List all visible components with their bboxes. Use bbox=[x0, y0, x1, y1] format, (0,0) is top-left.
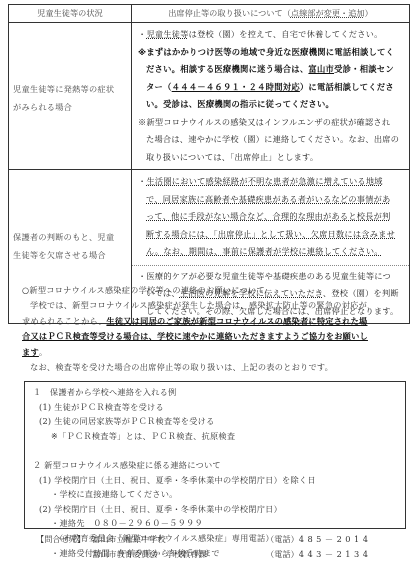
notice-emphasis: ます bbox=[22, 347, 39, 357]
contact-label: 【問合せ先】 bbox=[36, 532, 85, 547]
notice-title: ○新型コロナウイルス感染症の学校等への連絡のお願いについて bbox=[22, 283, 412, 298]
changed-text: 生活圏において感染経路が不明な患者が急激に増えている地域 bbox=[146, 176, 382, 186]
bullet2-text: 医療的ケアが必要な児童生徒等や基礎疾患のある児童生徒等につ bbox=[146, 271, 391, 281]
situation-line: 保護者の判断のもと、児童 bbox=[13, 229, 131, 247]
bullet-text: は登校（園）を控えて、自宅で休養してください。 bbox=[189, 29, 383, 39]
table-row: 児童生徒等に発熱等の症状 がみられる場合 ・児童生徒等は登校（園）を控えて、自宅… bbox=[9, 23, 410, 170]
section2-item-label: (1) 学校閉庁日（土日、祝日、夏季・冬季休業中の学校閉庁日）を除く日 bbox=[33, 473, 405, 488]
notice-paragraph-line: 学校では、新型コロナウイルス感染症が発生した場合は、感染拡大防止等の緊急の対応が bbox=[22, 298, 412, 313]
bullet1-line: ん。なお、期間は、事前に保護者が学校に連絡してください。 bbox=[138, 243, 405, 261]
header-changed-note: 点線部が変更・追加 bbox=[291, 8, 365, 18]
bold-note-text: ださい。相談する医療機関に迷う場合は、 bbox=[146, 64, 308, 74]
contact-row: 富山市教育委員会 学校教育課 （電話）443－2134 bbox=[36, 547, 406, 562]
bold-note-line: ター（４４４－４６９１・２４時間対応）に電話相談してくださ bbox=[138, 79, 405, 97]
bullet1-line: って、他に手段がない場合など、合理的な理由があると校長が判 bbox=[138, 208, 405, 226]
tel-label: （電話） bbox=[266, 534, 299, 544]
contact-tel: （電話）485－2014 bbox=[266, 532, 371, 547]
bullet1-line: ・生活圏において感染経路が不明な患者が急激に増えている地域 bbox=[138, 173, 405, 191]
handling-cell-fever: ・児童生徒等は登校（園）を控えて、自宅で休養してください。 ※まずはかかりつけ医… bbox=[132, 23, 410, 170]
note-line: た場合は、速やかに学校（園）に連絡してください。なお、出席の bbox=[138, 131, 405, 149]
bullet-divider bbox=[132, 265, 409, 266]
bold-note-line: ※まずはかかりつけ医等の地域で身近な医療機関に電話相談してく bbox=[138, 44, 405, 62]
notice-paragraph-line: なお、検査等を受けた場合の出席停止等の取り扱いは、上記の表のとおりです。 bbox=[22, 360, 412, 375]
section1-item: (2) 生徒の同居家族等がＰＣＲ検査等を受ける bbox=[33, 414, 405, 429]
notice-paragraph-line: ます。 bbox=[22, 345, 412, 360]
notice-emphasis: 合又はＰＣＲ検査等受ける場合は、学校に速やかに連絡いただきますようご協力をお願い… bbox=[22, 331, 368, 341]
header-handling-suffix: ） bbox=[365, 8, 373, 18]
attendance-table: 児童生徒等の状況 出席停止等の取り扱いについて（点線部が変更・追加） 児童生徒等… bbox=[8, 4, 410, 324]
section2-title: ２ 新型コロナウイルス感染症に係る連絡について bbox=[33, 458, 405, 473]
contact-info-box: １ 保護者から学校へ連絡を入れる例 (1) 生徒がＰＣＲ検査等を受ける (2) … bbox=[24, 381, 406, 529]
city-name: 富山市 bbox=[308, 64, 334, 74]
note-line: 取り扱いについては、「出席停止」とします。 bbox=[138, 149, 405, 167]
inquiry-contacts: 【問合せ先】 富山市立楡原中学校 （電話）485－2014 富山市教育委員会 学… bbox=[36, 532, 406, 562]
contact-org: 富山市教育委員会 学校教育課 bbox=[92, 547, 207, 562]
situation-cell-fever: 児童生徒等に発熱等の症状 がみられる場合 bbox=[9, 23, 132, 170]
situation-line: がみられる場合 bbox=[13, 99, 131, 117]
bold-note-text: ター（ bbox=[146, 82, 172, 92]
notice-text: 。 bbox=[39, 347, 47, 357]
notice-paragraph-line: 合又はＰＣＲ検査等受ける場合は、学校に速やかに連絡いただきますようご協力をお願い… bbox=[22, 329, 412, 344]
tel-label: （電話） bbox=[266, 549, 299, 559]
emergency-phone: ・連絡先 ０８０－２９６０－５９９９ bbox=[33, 516, 405, 531]
header-handling: 出席停止等の取り扱いについて（点線部が変更・追加） bbox=[132, 5, 410, 23]
bold-note-line: ださい。相談する医療機関に迷う場合は、富山市受診・相談セン bbox=[138, 61, 405, 79]
contact-row: 【問合せ先】 富山市立楡原中学校 （電話）485－2014 bbox=[36, 532, 406, 547]
situation-line: 生徒等を欠席させる場合 bbox=[13, 247, 131, 265]
changed-text: 児童生徒等 bbox=[146, 29, 188, 39]
consultation-phone: ４４４－４６９１・２４時間対応 bbox=[172, 82, 300, 92]
header-situation: 児童生徒等の状況 bbox=[9, 5, 132, 23]
bold-note-text: 受診・相談セン bbox=[334, 64, 394, 74]
blank-line bbox=[33, 443, 405, 458]
notice-paragraph-line: 求められることから、生徒又は同居のご家族が新型コロナウイルスの感染者に特定された… bbox=[22, 314, 412, 329]
section2-item-label: (2) 学校閉庁日（土日、祝日、夏季・冬季休業中の学校閉庁日） bbox=[33, 502, 405, 517]
header-handling-text: 出席停止等の取り扱いについて（ bbox=[168, 8, 291, 18]
section1-title: １ 保護者から学校へ連絡を入れる例 bbox=[33, 385, 405, 400]
tel-number: 443－2134 bbox=[299, 549, 372, 559]
bold-note-text: ）に電話相談してくださ bbox=[300, 82, 394, 92]
notice-text: 求められることから、 bbox=[22, 316, 106, 326]
contact-tel: （電話）443－2134 bbox=[266, 547, 371, 562]
section2-sub: ・学校に直接連絡してください。 bbox=[33, 487, 405, 502]
notice-emphasis: 生徒又は同居のご家族が新型コロナウイルスの感染者に特定された場 bbox=[106, 316, 367, 326]
bullet1-line: で、同居家族に高齢者や基礎疾患がある者がいるなどの事情があ bbox=[138, 191, 405, 209]
section1-note: ※「ＰＣＲ検査等」とは、ＰＣＲ検査、抗原検査 bbox=[33, 429, 405, 444]
bullet-stay-home: ・児童生徒等は登校（園）を控えて、自宅で休養してください。 bbox=[138, 26, 405, 44]
contact-request-notice: ○新型コロナウイルス感染症の学校等への連絡のお願いについて 学校では、新型コロナ… bbox=[22, 283, 412, 375]
contact-org: 富山市立楡原中学校 bbox=[92, 532, 166, 547]
table-header-row: 児童生徒等の状況 出席停止等の取り扱いについて（点線部が変更・追加） bbox=[9, 5, 410, 23]
situation-line: 児童生徒等に発熱等の症状 bbox=[13, 81, 131, 99]
bullet1-line: 断する場合には、「出席停止」として扱い、欠席日数には含みませ bbox=[138, 226, 405, 244]
tel-number: 485－2014 bbox=[299, 534, 372, 544]
section1-item: (1) 生徒がＰＣＲ検査等を受ける bbox=[33, 400, 405, 415]
bold-note-line: い。受診は、医療機関の指示に従ってください。 bbox=[138, 96, 405, 114]
note-line: ※新型コロナウイルスの感染又はインフルエンザの症状が確認され bbox=[138, 114, 405, 132]
